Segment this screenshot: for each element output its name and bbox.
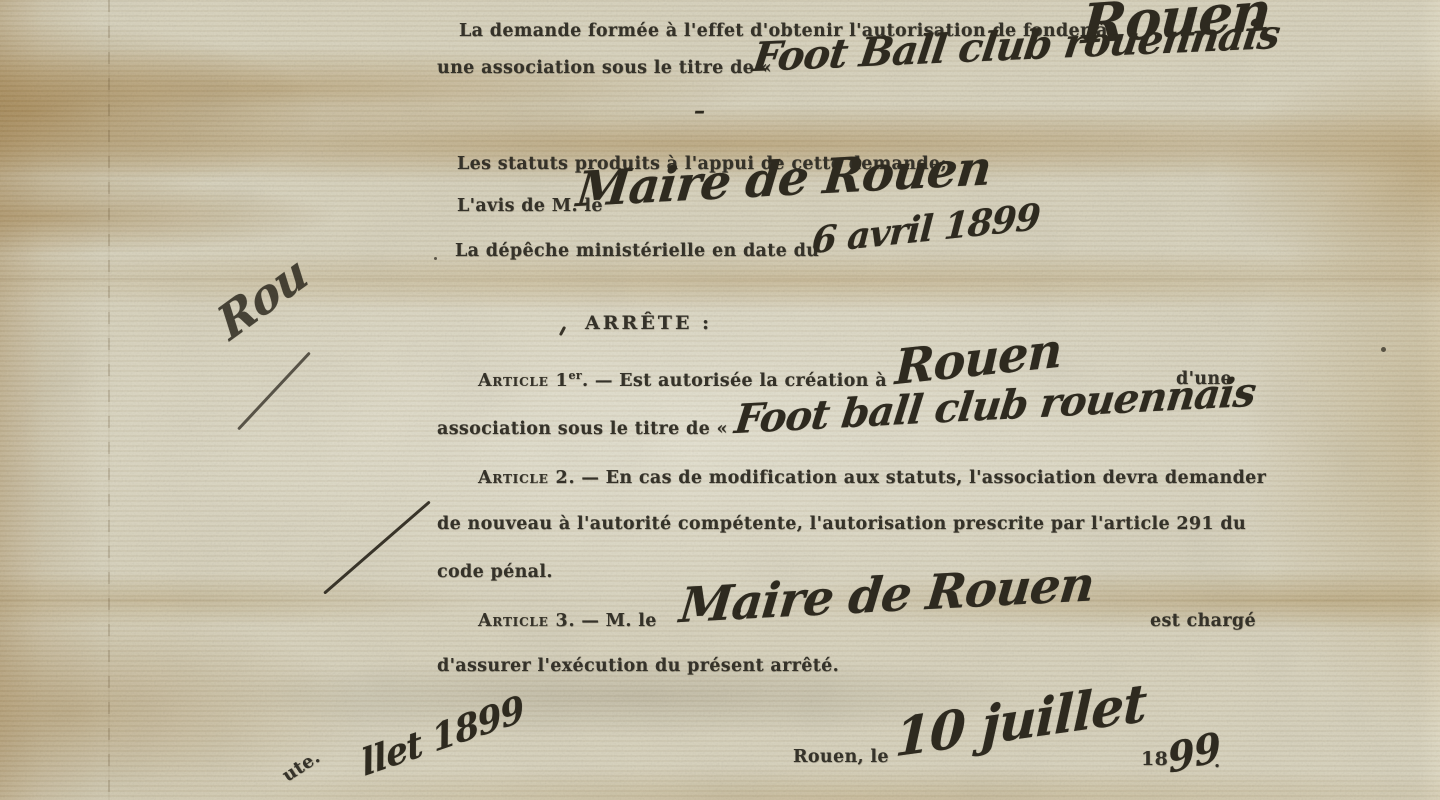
margin-scrawl: Rou	[209, 245, 315, 352]
margin-scrawl-tail-stroke	[237, 352, 311, 431]
corner-printed-fragment: ute.	[279, 747, 324, 787]
ink-speck	[737, 609, 741, 613]
pen-tick-mark	[559, 326, 566, 336]
article-2-line-3: code pénal.	[437, 562, 553, 582]
ink-speck	[1189, 14, 1192, 17]
article-3-line-1: Article 3. — M. le	[478, 611, 657, 631]
preamble-line-2: une association sous le titre de «	[437, 58, 772, 78]
dateline-printed: Rouen, le	[793, 747, 889, 767]
dateline-end-mark: .	[1214, 752, 1220, 772]
depeche-line: La dépêche ministérielle en date du	[455, 241, 819, 261]
article-3-label-dot: .	[569, 611, 582, 631]
article-2-line-1: Article 2. — En cas de modification aux …	[478, 468, 1266, 488]
article-2-label: Article 2	[478, 468, 569, 488]
article-1-line-1: Article 1er. — Est autorisée la création…	[478, 369, 887, 391]
decree-heading: ARRÊTE :	[585, 312, 712, 334]
article-1-line-2: association sous le titre de «	[437, 419, 728, 439]
handwritten-date-day: 10 juillet	[894, 672, 1147, 769]
vertical-fold-line	[108, 0, 110, 800]
article-1-body: — Est autorisée la création à	[595, 371, 887, 391]
article-3-after-name: est chargé	[1150, 611, 1256, 631]
document-page: La demande formée à l'effet d'obtenir l'…	[0, 0, 1440, 800]
ink-speck	[1381, 347, 1386, 352]
ink-speck	[434, 257, 437, 260]
article-3-body: — M. le	[581, 611, 656, 631]
article-3-label: Article 3	[478, 611, 569, 631]
article-1-label-dot: .	[582, 371, 595, 391]
article-2-body: — En cas de modification aux statuts, l'…	[581, 468, 1266, 488]
corner-handwritten-fragment: llet 1899	[358, 688, 527, 785]
article-1-label-sup: er	[569, 369, 583, 382]
dateline-year-printed: 18	[1141, 748, 1168, 770]
article-1-label: Article 1	[478, 371, 569, 391]
article-2-label-dot: .	[569, 468, 582, 488]
article-3-line-2: d'assurer l'exécution du présent arrêté.	[437, 656, 839, 676]
horizontal-fold-line	[0, 278, 1440, 280]
handwritten-maire-2: Maire de Rouen	[677, 556, 1096, 634]
handwritten-separator-dash: –	[694, 98, 704, 124]
handwritten-ministerial-date: 6 avril 1899	[811, 196, 1042, 262]
margin-slash-mark	[323, 500, 430, 594]
article-2-line-2: de nouveau à l'autorité compétente, l'au…	[437, 514, 1246, 534]
